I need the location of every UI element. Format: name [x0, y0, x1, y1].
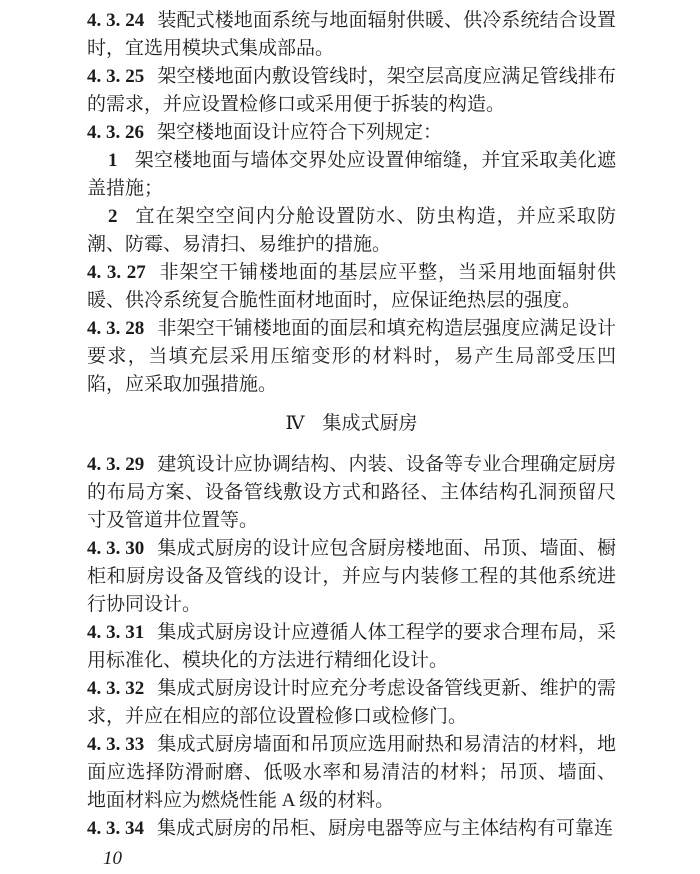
clause-paragraph: 4. 3. 33集成式厨房墙面和吊顶应选用耐热和易清洁的材料，地面应选择防滑耐磨…: [87, 731, 616, 815]
clause-paragraph: 4. 3. 27非架空干铺楼地面的基层应平整，当采用地面辐射供暖、供冷系统复合脆…: [87, 259, 616, 315]
section-heading: Ⅳ集成式厨房: [87, 410, 616, 438]
clause-text: 集成式厨房的设计应包含厨房楼地面、吊顶、墙面、橱柜和厨房设备及管线的设计，并应与…: [87, 538, 616, 615]
clause-number: 4. 3. 34: [87, 818, 144, 839]
clause-paragraph: 4. 3. 29建筑设计应协调结构、内装、设备等专业合理确定厨房的布局方案、设备…: [87, 451, 616, 535]
list-item-number: 1: [108, 150, 118, 171]
list-item-number: 2: [108, 206, 118, 227]
clause-number: 4. 3. 33: [87, 734, 144, 755]
clause-text: 集成式厨房设计时应充分考虑设备管线更新、维护的需求，并应在相应的部位设置检修口或…: [87, 678, 616, 727]
list-item: 1架空楼地面与墙体交界处应设置伸缩缝，并宜采取美化遮盖措施；: [87, 147, 616, 203]
clause-text: 装配式楼地面系统与地面辐射供暖、供冷系统结合设置时，宜选用模块式集成部品。: [87, 10, 616, 59]
clause-paragraph: 4. 3. 24装配式楼地面系统与地面辐射供暖、供冷系统结合设置时，宜选用模块式…: [87, 7, 616, 63]
clause-number: 4. 3. 28: [87, 318, 144, 339]
clause-paragraph: 4. 3. 26架空楼地面设计应符合下列规定：: [87, 119, 616, 147]
clause-paragraph: 4. 3. 34集成式厨房的吊柜、厨房电器等应与主体结构有可靠连: [87, 815, 616, 843]
list-item: 2宜在架空空间内分舱设置防水、防虫构造，并应采取防潮、防霉、易清扫、易维护的措施…: [87, 203, 616, 259]
clause-number: 4. 3. 32: [87, 678, 144, 699]
clause-number: 4. 3. 26: [87, 122, 144, 143]
list-item-text: 宜在架空空间内分舱设置防水、防虫构造，并应采取防潮、防霉、易清扫、易维护的措施。: [87, 206, 616, 255]
clause-number: 4. 3. 30: [87, 538, 144, 559]
document-page: 4. 3. 24装配式楼地面系统与地面辐射供暖、供冷系统结合设置时，宜选用模块式…: [0, 0, 700, 874]
clause-text: 集成式厨房墙面和吊顶应选用耐热和易清洁的材料，地面应选择防滑耐磨、低吸水率和易清…: [87, 734, 616, 811]
clause-number: 4. 3. 27: [87, 262, 146, 283]
clause-paragraph: 4. 3. 30集成式厨房的设计应包含厨房楼地面、吊顶、墙面、橱柜和厨房设备及管…: [87, 535, 616, 619]
clause-text: 架空楼地面设计应符合下列规定：: [157, 122, 442, 143]
clause-number: 4. 3. 24: [87, 10, 144, 31]
clause-text: 架空楼地面内敷设管线时，架空层高度应满足管线排布的需求，并应设置检修口或采用便于…: [87, 66, 616, 115]
clause-text: 集成式厨房的吊柜、厨房电器等应与主体结构有可靠连: [157, 818, 613, 839]
clause-paragraph: 4. 3. 32集成式厨房设计时应充分考虑设备管线更新、维护的需求，并应在相应的…: [87, 675, 616, 731]
clause-text: 非架空干铺楼地面的基层应平整，当采用地面辐射供暖、供冷系统复合脆性面材地面时，应…: [87, 262, 616, 311]
clause-paragraph: 4. 3. 31集成式厨房设计应遵循人体工程学的要求合理布局，采用标准化、模块化…: [87, 619, 616, 675]
clause-text: 集成式厨房设计应遵循人体工程学的要求合理布局，采用标准化、模块化的方法进行精细化…: [87, 622, 616, 671]
clause-paragraph: 4. 3. 25架空楼地面内敷设管线时，架空层高度应满足管线排布的需求，并应设置…: [87, 63, 616, 119]
clause-number: 4. 3. 29: [87, 454, 144, 475]
clause-number: 4. 3. 31: [87, 622, 144, 643]
clause-number: 4. 3. 25: [87, 66, 144, 87]
section-numeral: Ⅳ: [286, 413, 305, 434]
clause-text: 非架空干铺楼地面的面层和填充构造层强度应满足设计要求，当填充层采用压缩变形的材料…: [87, 318, 616, 395]
clause-text: 建筑设计应协调结构、内装、设备等专业合理确定厨房的布局方案、设备管线敷设方式和路…: [87, 454, 616, 531]
list-item-text: 架空楼地面与墙体交界处应设置伸缩缝，并宜采取美化遮盖措施；: [87, 150, 616, 199]
section-title: 集成式厨房: [322, 413, 417, 434]
clause-paragraph: 4. 3. 28非架空干铺楼地面的面层和填充构造层强度应满足设计要求，当填充层采…: [87, 315, 616, 399]
page-number: 10: [87, 845, 616, 873]
document-body: 4. 3. 24装配式楼地面系统与地面辐射供暖、供冷系统结合设置时，宜选用模块式…: [87, 7, 616, 843]
